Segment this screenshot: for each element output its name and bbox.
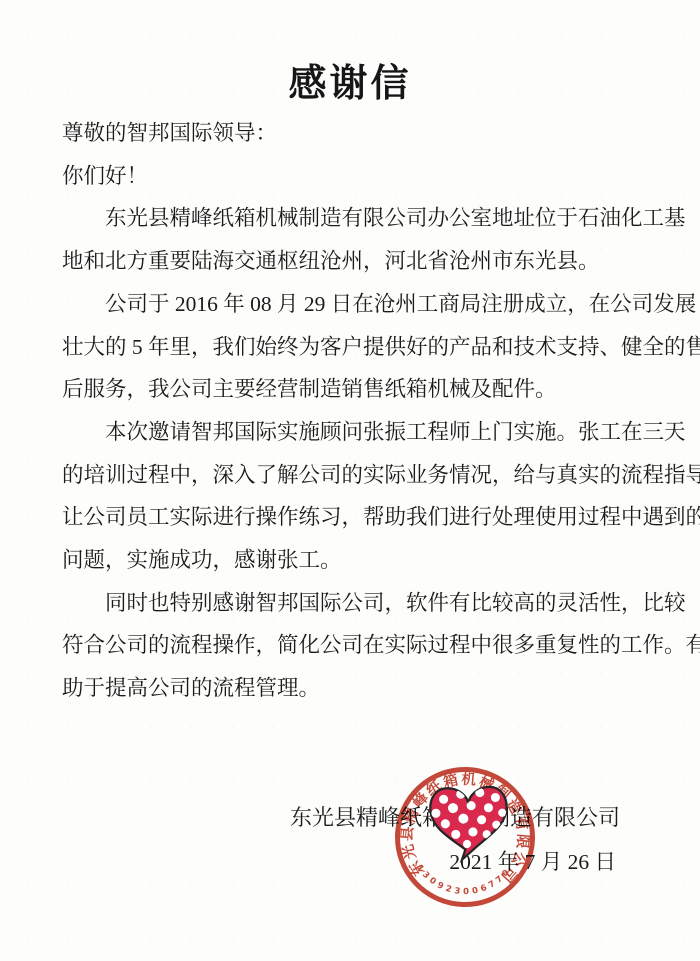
paragraph-4-line-1: 同时也特别感谢智邦国际公司，软件有比较高的灵活性，比较 [62,582,644,625]
letter-body: 尊敬的智邦国际领导： 你们好！ 东光县精峰纸箱机械制造有限公司办公室地址位于石油… [62,112,644,710]
polka-dot-heart-icon [426,782,513,865]
paragraph-3-line-4: 问题，实施成功，感谢张工。 [62,539,644,582]
paragraph-3-line-1: 本次邀请智邦国际实施顾问张振工程师上门实施。张工在三天 [62,411,644,454]
paragraph-1-line-1: 东光县精峰纸箱机械制造有限公司办公室地址位于石油化工基 [62,197,644,240]
paragraph-3-line-3: 让公司员工实际进行操作练习，帮助我们进行处理使用过程中遇到的 [62,496,644,539]
paragraph-2-line-3: 后服务，我公司主要经营制造销售纸箱机械及配件。 [62,368,644,411]
paragraph-2-line-1: 公司于 2016 年 08 月 29 日在沧州工商局注册成立，在公司发展 [62,283,644,326]
paragraph-2-line-2: 壮大的 5 年里，我们始终为客户提供好的产品和技术支持、健全的售 [62,326,644,369]
letter-title: 感谢信 [0,52,700,107]
paragraph-4-line-3: 助于提高公司的流程管理。 [62,667,644,710]
salutation-line: 你们好！ [62,155,644,198]
scanned-thank-you-letter: 感谢信 尊敬的智邦国际领导： 你们好！ 东光县精峰纸箱机械制造有限公司办公室地址… [0,0,700,961]
greeting-line: 尊敬的智邦国际领导： [62,112,644,155]
paragraph-3-line-2: 的培训过程中，深入了解公司的实际业务情况，给与真实的流程指导， [62,454,644,497]
paragraph-1-line-2: 地和北方重要陆海交通枢纽沧州，河北省沧州市东光县。 [62,240,644,283]
paragraph-4-line-2: 符合公司的流程操作，简化公司在实际过程中很多重复性的工作。有 [62,624,644,667]
heart-sticker-icon [426,782,513,865]
